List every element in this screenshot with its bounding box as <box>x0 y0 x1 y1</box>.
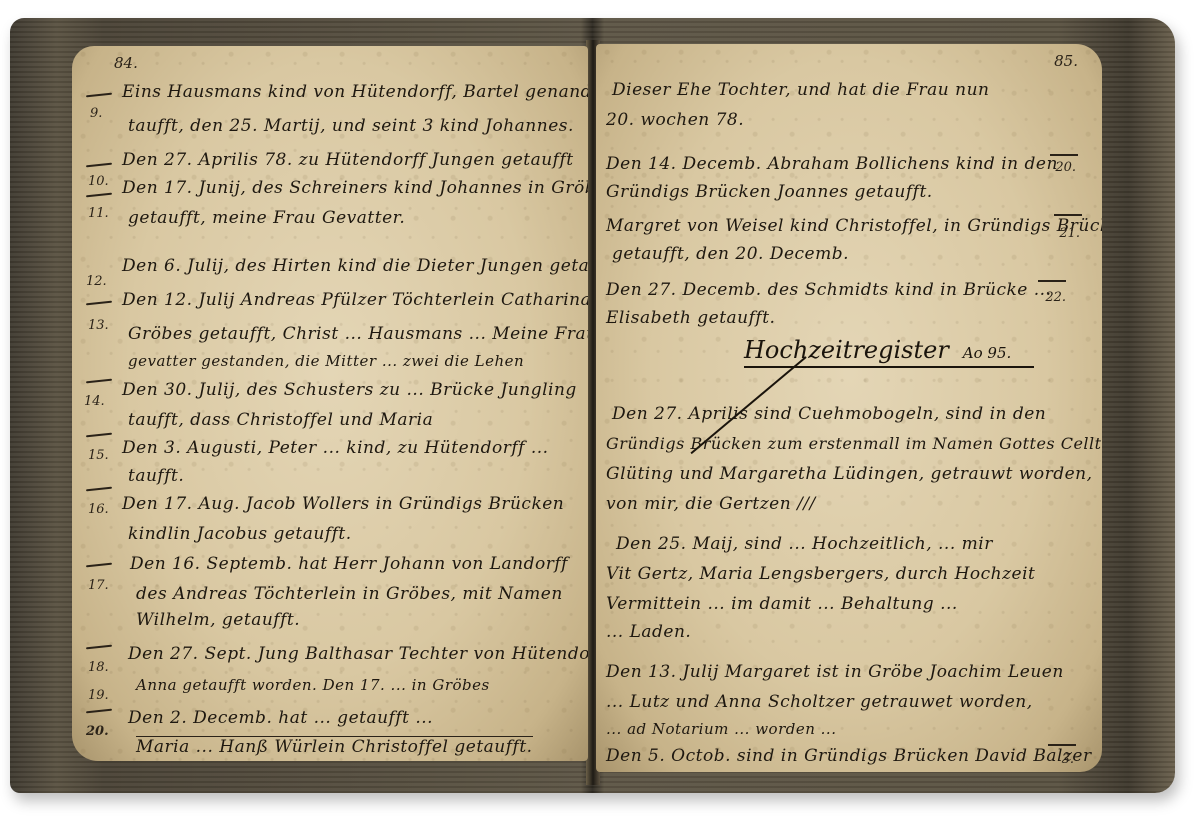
book: 84. 9. Eins Hausmans kind von Hütendorff… <box>10 18 1175 793</box>
margin-dash <box>86 709 112 714</box>
entry-line: Gründigs Brücken zum erstenmall im Namen… <box>606 434 1102 453</box>
entry-line: getaufft, meine Frau Gevatter. <box>128 208 405 228</box>
entry-line: Den 13. Julij Margaret ist in Gröbe Joac… <box>606 662 1064 682</box>
entry-line: Margret von Weisel kind Christoffel, in … <box>606 216 1102 236</box>
entry-line: Den 16. Septemb. hat Herr Johann von Lan… <box>130 554 568 574</box>
entry-line: Den 27. Sept. Jung Balthasar Techter von… <box>128 644 588 664</box>
margin-number: 20. <box>1055 160 1076 175</box>
margin-number: 9. <box>90 106 102 121</box>
margin-dash <box>86 163 112 168</box>
entry-line: Maria ... Hanß Würlein Christoffel getau… <box>136 736 533 757</box>
entry-line: Den 27. Aprilis sind Cuehmobogeln, sind … <box>612 404 1046 424</box>
left-page: 84. 9. Eins Hausmans kind von Hütendorff… <box>72 46 588 761</box>
entry-line: Den 17. Aug. Jacob Wollers in Gründigs B… <box>122 494 564 514</box>
right-page-entries: Dieser Ehe Tochter, und hat die Frau nun… <box>596 44 1102 772</box>
margin-number: 22. <box>1045 290 1066 305</box>
margin-dash <box>1048 744 1076 746</box>
entry-line: Elisabeth getaufft. <box>606 308 775 328</box>
entry-line: des Andreas Töchterlein in Gröbes, mit N… <box>136 584 563 604</box>
entry-line: getaufft, den 20. Decemb. <box>612 244 849 264</box>
entry-line: Vermittein ... im damit ... Behaltung ..… <box>606 594 958 614</box>
heading-title: Hochzeitregister <box>744 336 949 364</box>
left-page-entries: 9. Eins Hausmans kind von Hütendorff, Ba… <box>72 46 588 761</box>
entry-line: Den 25. Maij, sind ... Hochzeitlich, ...… <box>616 534 993 554</box>
entry-line: Den 14. Decemb. Abraham Bollichens kind … <box>606 154 1058 174</box>
entry-line: ... Lutz und Anna Scholtzer getrauwet wo… <box>606 692 1033 712</box>
heading-year: Ao 95. <box>963 344 1012 362</box>
margin-dash <box>86 301 112 306</box>
entry-line: Gröbes getaufft, Christ ... Hausmans ...… <box>128 324 588 344</box>
margin-dash <box>86 433 112 438</box>
margin-number: 10. <box>88 174 109 189</box>
margin-dash <box>86 193 112 198</box>
entry-line: Den 2. Decemb. hat ... getaufft ... <box>128 708 433 728</box>
margin-number: 14. <box>84 394 105 409</box>
entry-line: kindlin Jacobus getaufft. <box>128 524 352 544</box>
margin-dash <box>1038 280 1066 282</box>
margin-number: 16. <box>88 502 109 517</box>
margin-dash <box>86 93 112 98</box>
entry-line: Den 6. Julij, des Hirten kind die Dieter… <box>122 256 588 276</box>
margin-number: 12. <box>86 274 107 289</box>
margin-number: 21. <box>1059 226 1080 241</box>
margin-number: 3. <box>1062 752 1074 767</box>
entry-line: taufft. <box>128 466 184 486</box>
entry-line: 20. wochen 78. <box>606 110 744 130</box>
entry-line: Dieser Ehe Tochter, und hat die Frau nun <box>612 80 990 100</box>
margin-number: 17. <box>88 578 109 593</box>
entry-line: ... Laden. <box>606 622 691 642</box>
margin-dash <box>86 645 112 650</box>
entry-line: Glüting und Margaretha Lüdingen, getrauw… <box>606 464 1093 484</box>
margin-number: 13. <box>88 318 109 333</box>
margin-dash <box>86 379 112 384</box>
entry-line: Eins Hausmans kind von Hütendorff, Barte… <box>122 82 588 102</box>
margin-number: 11. <box>88 206 109 221</box>
entry-line: taufft, dass Christoffel und Maria <box>128 410 433 430</box>
entry-line: Den 27. Decemb. des Schmidts kind in Brü… <box>606 280 1051 300</box>
entry-line: Gründigs Brücken Joannes getaufft. <box>606 182 933 202</box>
margin-number: 18. <box>88 660 109 675</box>
entry-line: taufft, den 25. Martij, und seint 3 kind… <box>128 116 574 136</box>
margin-number: 15. <box>88 448 109 463</box>
right-page: 85. Dieser Ehe Tochter, und hat die Frau… <box>596 44 1102 772</box>
margin-number: 19. <box>88 688 109 703</box>
margin-dash <box>1054 214 1082 216</box>
entry-line: gevatter gestanden, die Mitter ... zwei … <box>128 352 524 370</box>
margin-dash <box>86 487 112 492</box>
entry-line: Vit Gertz, Maria Lengsbergers, durch Hoc… <box>606 564 1035 584</box>
section-heading: HochzeitregisterAo 95. <box>744 336 1034 368</box>
entry-line: Anna getaufft worden. Den 17. ... in Grö… <box>136 676 490 694</box>
margin-dash <box>86 563 112 568</box>
entry-line: Den 17. Junij, des Schreiners kind Johan… <box>122 178 588 198</box>
margin-number: 20. <box>86 724 109 739</box>
entry-line: von mir, die Gertzen /// <box>606 494 816 514</box>
entry-line: Den 30. Julij, des Schusters zu ... Brüc… <box>122 380 577 400</box>
entry-line: Den 3. Augusti, Peter ... kind, zu Hüten… <box>122 438 549 458</box>
margin-dash <box>1050 154 1078 156</box>
entry-line: Wilhelm, getaufft. <box>136 610 300 630</box>
entry-line: ... ad Notarium ... worden ... <box>606 720 836 738</box>
entry-line: Den 5. Octob. sind in Gründigs Brücken D… <box>606 746 1092 766</box>
entry-line: Den 27. Aprilis 78. zu Hütendorff Jungen… <box>122 150 574 170</box>
entry-line: Den 12. Julij Andreas Pfülzer Töchterlei… <box>122 290 588 310</box>
